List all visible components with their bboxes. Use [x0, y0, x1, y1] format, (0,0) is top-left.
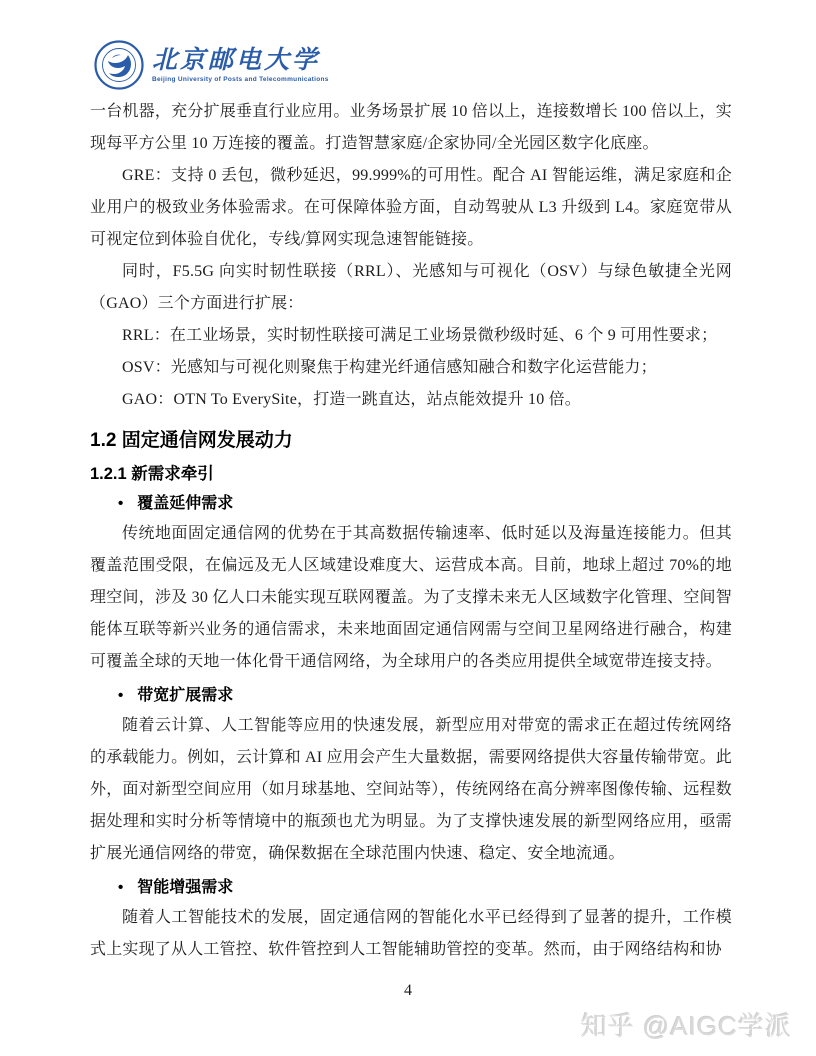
university-emblem-icon — [94, 40, 144, 90]
paragraph-osv: OSV：光感知与可视化则聚焦于构建光纤通信感知融合和数字化运营能力； — [90, 352, 732, 384]
bullet-label: 带宽扩展需求 — [137, 684, 233, 708]
bullet-item-coverage: • 覆盖延伸需求 — [118, 492, 732, 516]
paragraph-rrl: RRL：在工业场景，实时韧性联接可满足工业场景微秒级时延、6 个 9 可用性要求… — [90, 320, 732, 352]
bullet-icon: • — [118, 492, 123, 516]
university-logo: 北京邮电大学 Beijing University of Posts and T… — [94, 40, 329, 90]
page-number: 4 — [0, 982, 816, 1000]
bullet-item-bandwidth: • 带宽扩展需求 — [118, 684, 732, 708]
paragraph-coverage: 传统地面固定通信网的优势在于其高数据传输速率、低时延以及海量连接能力。但其覆盖范… — [90, 518, 732, 678]
bullet-item-intelligence: • 智能增强需求 — [118, 876, 732, 900]
paragraph-f55g: 同时，F5.5G 向实时韧性联接（RRL）、光感知与可视化（OSV）与绿色敏捷全… — [90, 256, 732, 320]
paragraph-continuation: 一台机器，充分扩展垂直行业应用。业务场景扩展 10 倍以上，连接数增长 100 … — [90, 96, 732, 160]
university-name-en: Beijing University of Posts and Telecomm… — [152, 75, 329, 84]
bullet-label: 智能增强需求 — [137, 876, 233, 900]
bullet-icon: • — [118, 876, 123, 900]
subsection-heading-1-2-1: 1.2.1 新需求牵引 — [90, 462, 732, 486]
paragraph-gao: GAO：OTN To EverySite，打造一跳直达，站点能效提升 10 倍。 — [90, 384, 732, 416]
paragraph-gre: GRE：支持 0 丢包，微秒延迟，99.999%的可用性。配合 AI 智能运维，… — [90, 160, 732, 256]
bullet-label: 覆盖延伸需求 — [137, 492, 233, 516]
document-page: 北京邮电大学 Beijing University of Posts and T… — [0, 0, 816, 1056]
watermark: 知乎 @AIGC学派 — [581, 1006, 792, 1043]
university-name-cn: 北京邮电大学 — [152, 47, 329, 75]
section-heading-1-2: 1.2 固定通信网发展动力 — [90, 428, 732, 454]
document-body: 一台机器，充分扩展垂直行业应用。业务场景扩展 10 倍以上，连接数增长 100 … — [90, 96, 732, 966]
university-logo-text: 北京邮电大学 Beijing University of Posts and T… — [152, 47, 329, 84]
paragraph-bandwidth: 随着云计算、人工智能等应用的快速发展，新型应用对带宽的需求正在超过传统网络的承载… — [90, 710, 732, 870]
paragraph-intelligence: 随着人工智能技术的发展，固定通信网的智能化水平已经得到了显著的提升，工作模式上实… — [90, 902, 732, 966]
bullet-icon: • — [118, 684, 123, 708]
